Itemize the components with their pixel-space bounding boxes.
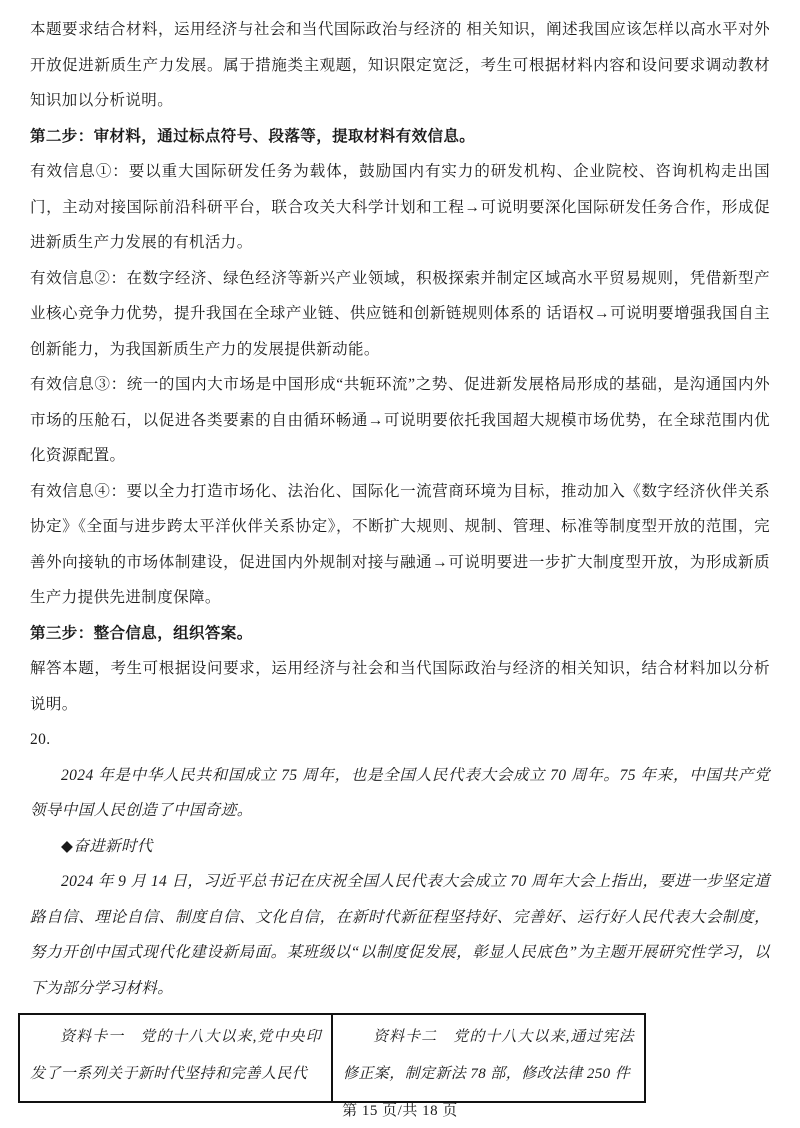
step2-heading: 第二步：审材料，通过标点符号、段落等，提取材料有效信息。 (30, 119, 770, 155)
material-card-1: 资料卡一 党的十八大以来,党中央印发了一系列关于新时代坚持和完善人民代 (19, 1014, 332, 1102)
material-card-2: 资料卡二 党的十八大以来,通过宪法修正案，制定新法 78 部，修改法律 250 … (332, 1014, 645, 1102)
page-number-footer: 第 15 页/共 18 页 (0, 1099, 800, 1120)
analysis-closing-paragraph: 解答本题，考生可根据设问要求，运用经济与社会和当代国际政治与经济的相关知识，结合… (30, 651, 770, 722)
question-number: 20. (30, 722, 770, 758)
document-page: 本题要求结合材料，运用经济与社会和当代国际政治与经济的 相关知识，阐述我国应该怎… (0, 0, 800, 1128)
question-material-paragraph: 2024 年 9 月 14 日，习近平总书记在庆祝全国人民代表大会成立 70 周… (30, 864, 770, 1006)
material-cards-table: 资料卡一 党的十八大以来,党中央印发了一系列关于新时代坚持和完善人民代 资料卡二… (18, 1013, 646, 1103)
effective-info-4: 有效信息④：要以全力打造市场化、法治化、国际化一流营商环境为目标，推动加入《数字… (30, 474, 770, 616)
step3-heading: 第三步：整合信息，组织答案。 (30, 616, 770, 652)
effective-info-3: 有效信息③：统一的国内大市场是中国形成“共轭环流”之势、促进新发展格局形成的基础… (30, 367, 770, 474)
section-heading-new-era: ◆奋进新时代 (30, 829, 770, 865)
effective-info-2: 有效信息②：在数字经济、绿色经济等新兴产业领域，积极探索并制定区域高水平贸易规则… (30, 261, 770, 368)
analysis-intro-paragraph: 本题要求结合材料，运用经济与社会和当代国际政治与经济的 相关知识，阐述我国应该怎… (30, 12, 770, 119)
question-intro-paragraph: 2024 年是中华人民共和国成立 75 周年，也是全国人民代表大会成立 70 周… (30, 758, 770, 829)
table-row: 资料卡一 党的十八大以来,党中央印发了一系列关于新时代坚持和完善人民代 资料卡二… (19, 1014, 645, 1102)
effective-info-1: 有效信息①：要以重大国际研发任务为载体，鼓励国内有实力的研发机构、企业院校、咨询… (30, 154, 770, 261)
